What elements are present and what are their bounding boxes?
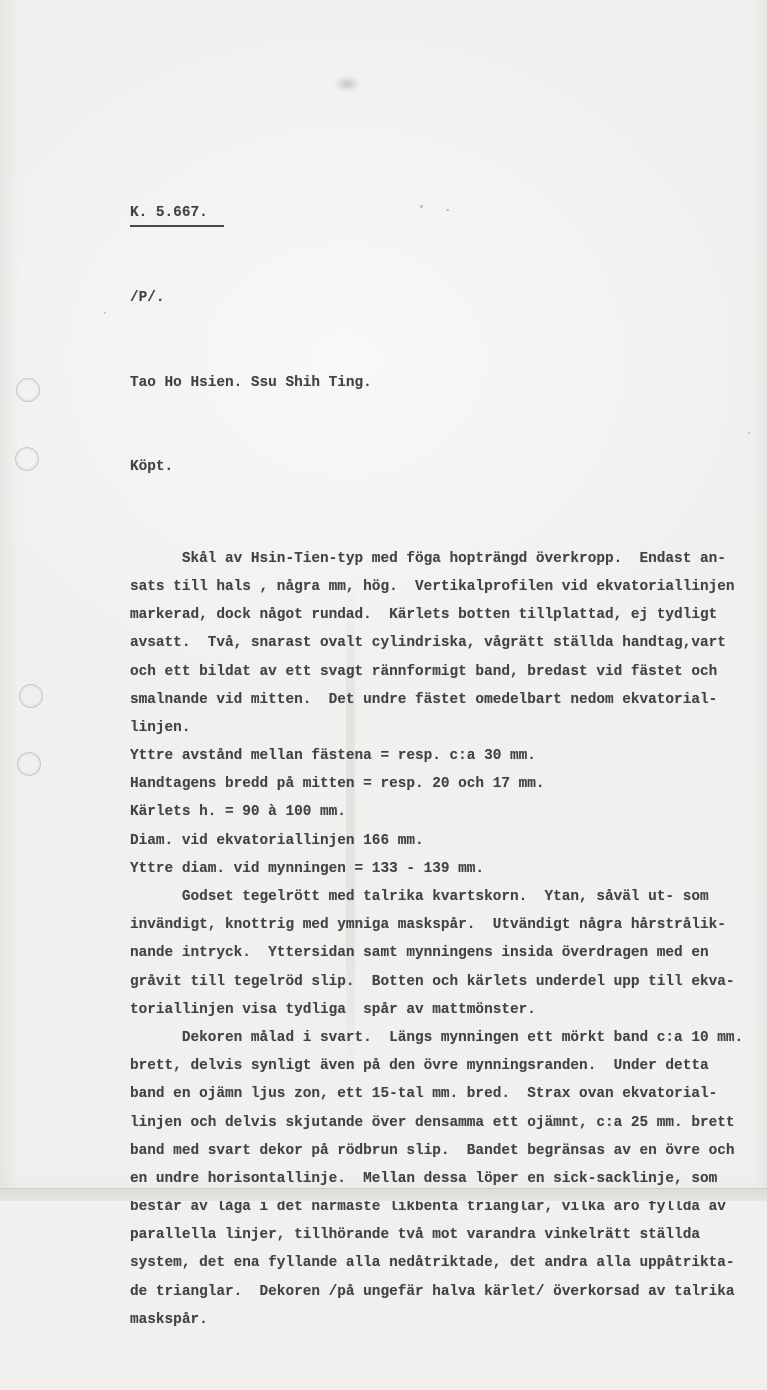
site-title-line: Tao Ho Hsien. Ssu Shih Ting.: [130, 369, 760, 397]
document-line: Yttre avstånd mellan fästena = resp. c:a…: [130, 742, 760, 770]
document-line: Diam. vid ekvatoriallinjen 166 mm.: [130, 827, 760, 855]
document-line: band en ojämn ljus zon, ett 15-tal mm. b…: [130, 1080, 760, 1108]
document-line: linjen och delvis skjutande över densamm…: [130, 1109, 760, 1137]
scanned-document-page: K. 5.667. /P/. Tao Ho Hsien. Ssu Shih Ti…: [0, 0, 767, 1200]
document-line: invändigt, knottrig med ymniga maskspår.…: [130, 911, 760, 939]
document-line: Godset tegelrött med talrika kvartskorn.…: [130, 883, 760, 911]
acquisition-line: Köpt.: [130, 453, 760, 481]
punch-hole: [16, 378, 40, 402]
paper-smudge: [334, 76, 360, 92]
document-line: Dekoren målad i svart. Längs mynningen e…: [130, 1024, 760, 1052]
document-line: gråvit till tegelröd slip. Botten och kä…: [130, 968, 760, 996]
document-line: smalnande vid mitten. Det undre fästet o…: [130, 686, 760, 714]
document-line: markerad, dock något rundad. Kärlets bot…: [130, 601, 760, 629]
catalog-number: K. 5.667.: [130, 201, 224, 227]
document-body: Skål av Hsin-Tien-typ med föga hopträngd…: [130, 545, 760, 1200]
document-line: sats till hals , några mm, hög. Vertikal…: [130, 573, 760, 601]
document-line: band med svart dekor på rödbrun slip. Ba…: [130, 1137, 760, 1165]
paper-bottom-edge: [0, 1188, 767, 1200]
document-line: brett, delvis synligt även på den övre m…: [130, 1052, 760, 1080]
document-line: avsatt. Två, snarast ovalt cylindriska, …: [130, 629, 760, 657]
document-line: linjen.: [130, 714, 760, 742]
paper-speck: [104, 312, 106, 314]
document-line: Yttre diam. vid mynningen = 133 - 139 mm…: [130, 855, 760, 883]
punch-hole: [17, 752, 41, 776]
typewritten-text-block: K. 5.667. /P/. Tao Ho Hsien. Ssu Shih Ti…: [130, 143, 760, 1200]
document-line: Kärlets h. = 90 à 100 mm.: [130, 798, 760, 826]
document-line: toriallinjen visa tydliga spår av mattmö…: [130, 996, 760, 1024]
document-line: Handtagens bredd på mitten = resp. 20 oc…: [130, 770, 760, 798]
document-line: och ett bildat av ett svagt rännformigt …: [130, 658, 760, 686]
document-line: Skål av Hsin-Tien-typ med föga hopträngd…: [130, 545, 760, 573]
punch-hole: [19, 684, 43, 708]
catalog-number-line: K. 5.667.: [130, 199, 760, 227]
designation-line: /P/.: [130, 284, 760, 312]
document-line: nande intryck. Yttersidan samt mynningen…: [130, 939, 760, 967]
punch-hole: [15, 447, 39, 471]
